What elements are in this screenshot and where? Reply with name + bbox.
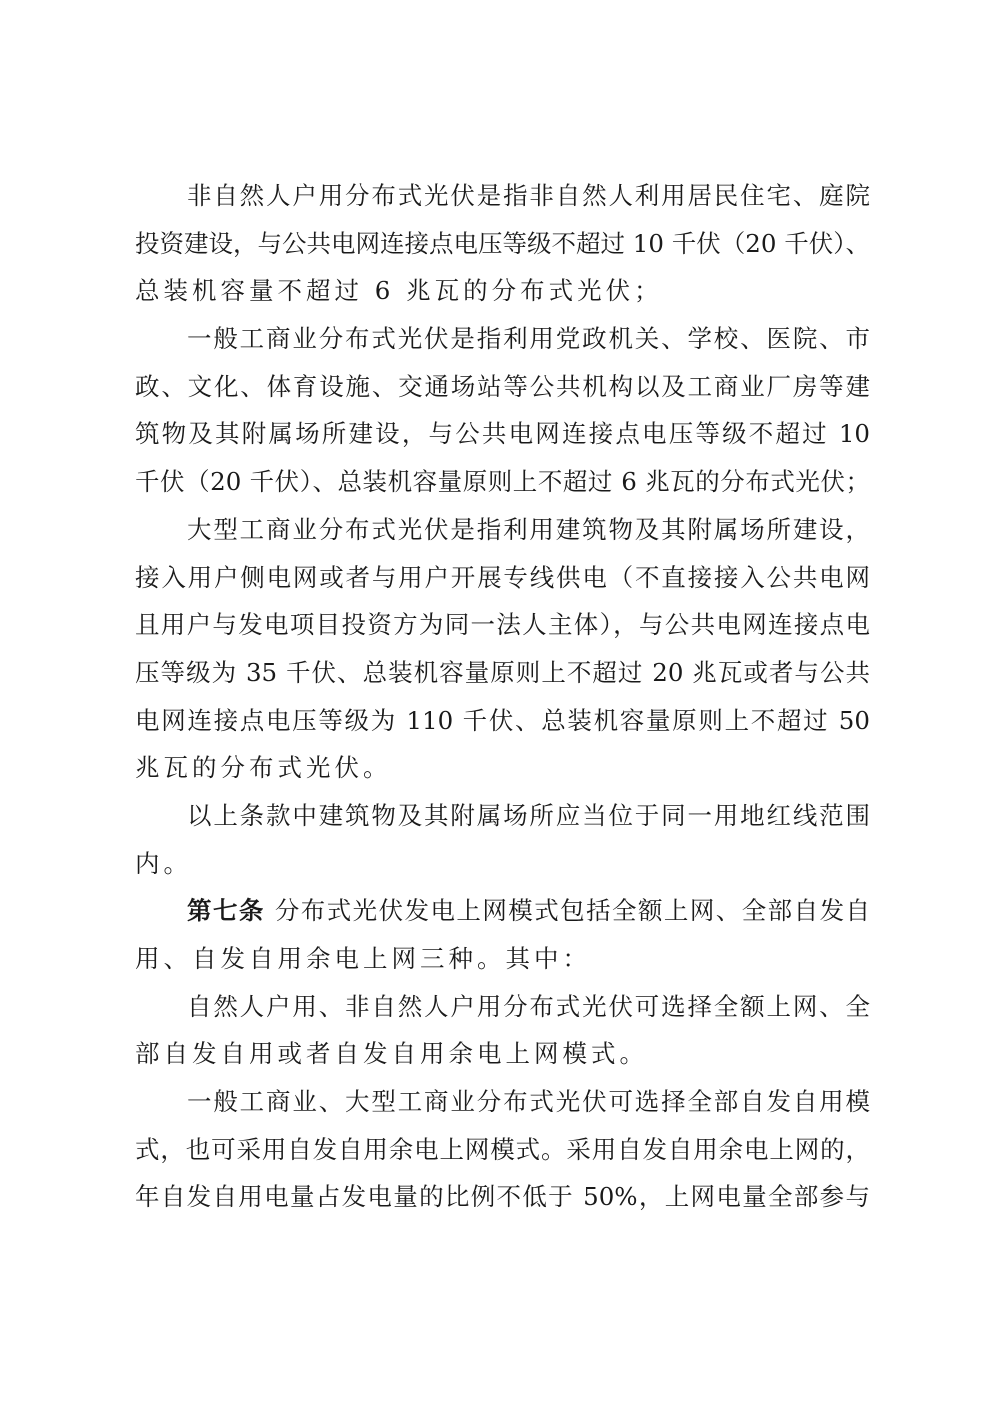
line-text: 自然人户用、非自然人户用分布式光伏可选择全额上网、全: [187, 983, 870, 1031]
line-text: 第七条分布式光伏发电上网模式包括全额上网、全部自发自: [187, 887, 870, 935]
text-line: 用、自发自用余电上网三种。其中：: [135, 935, 870, 983]
paragraph-red-line: 以上条款中建筑物及其附属场所应当位于同一用地红线范围 内。: [135, 792, 870, 887]
line-text: 总装机容量不超过 6 兆瓦的分布式光伏；: [135, 267, 870, 315]
text-line: 接入用户侧电网或者与用户开展专线供电（不直接接入公共电网: [135, 554, 870, 602]
line-text: 式，也可采用自发自用余电上网模式。采用自发自用余电上网的，: [135, 1126, 870, 1174]
line-text: 一般工商业、大型工商业分布式光伏可选择全部自发自用模: [187, 1078, 870, 1126]
paragraph-large-commercial: 大型工商业分布式光伏是指利用建筑物及其附属场所建设， 接入用户侧电网或者与用户开…: [135, 506, 870, 792]
text-line: 第七条分布式光伏发电上网模式包括全额上网、全部自发自: [135, 887, 870, 935]
text-line: 以上条款中建筑物及其附属场所应当位于同一用地红线范围: [135, 792, 870, 840]
line-text: 投资建设，与公共电网连接点电压等级不超过 10 千伏（20 千伏）、: [135, 220, 870, 268]
line-text: 一般工商业分布式光伏是指利用党政机关、学校、医院、市: [187, 315, 870, 363]
text-line: 总装机容量不超过 6 兆瓦的分布式光伏；: [135, 267, 870, 315]
line-text: 压等级为 35 千伏、总装机容量原则上不超过 20 兆瓦或者与公共: [135, 649, 870, 697]
text-line: 式，也可采用自发自用余电上网模式。采用自发自用余电上网的，: [135, 1126, 870, 1174]
paragraph-non-natural-person: 非自然人户用分布式光伏是指非自然人利用居民住宅、庭院 投资建设，与公共电网连接点…: [135, 172, 870, 315]
paragraph-article-7: 第七条分布式光伏发电上网模式包括全额上网、全部自发自 用、自发自用余电上网三种。…: [135, 887, 870, 982]
text-line: 自然人户用、非自然人户用分布式光伏可选择全额上网、全: [135, 983, 870, 1031]
document-page: 非自然人户用分布式光伏是指非自然人利用居民住宅、庭院 投资建设，与公共电网连接点…: [135, 172, 870, 1221]
text-line: 兆瓦的分布式光伏。: [135, 744, 870, 792]
line-text: 且用户与发电项目投资方为同一法人主体），与公共电网连接点电: [135, 601, 870, 649]
paragraph-commercial-modes: 一般工商业、大型工商业分布式光伏可选择全部自发自用模 式，也可采用自发自用余电上…: [135, 1078, 870, 1221]
text-line: 一般工商业、大型工商业分布式光伏可选择全部自发自用模: [135, 1078, 870, 1126]
text-line: 内。: [135, 840, 870, 888]
paragraph-general-commercial: 一般工商业分布式光伏是指利用党政机关、学校、医院、市 政、文化、体育设施、交通场…: [135, 315, 870, 506]
text-line: 非自然人户用分布式光伏是指非自然人利用居民住宅、庭院: [135, 172, 870, 220]
article-heading: 第七条: [187, 896, 265, 925]
line-text: 接入用户侧电网或者与用户开展专线供电（不直接接入公共电网: [135, 554, 870, 602]
line-text: 非自然人户用分布式光伏是指非自然人利用居民住宅、庭院: [187, 172, 870, 220]
line-text: 兆瓦的分布式光伏。: [135, 744, 870, 792]
line-text: 电网连接点电压等级为 110 千伏、总装机容量原则上不超过 50: [135, 697, 870, 745]
line-text: 用、自发自用余电上网三种。其中：: [135, 935, 870, 983]
text-line: 年自发自用电量占发电量的比例不低于 50%，上网电量全部参与: [135, 1173, 870, 1221]
text-line: 大型工商业分布式光伏是指利用建筑物及其附属场所建设，: [135, 506, 870, 554]
text-line: 部自发自用或者自发自用余电上网模式。: [135, 1030, 870, 1078]
text-line: 千伏（20 千伏）、总装机容量原则上不超过 6 兆瓦的分布式光伏；: [135, 458, 870, 506]
line-text: 大型工商业分布式光伏是指利用建筑物及其附属场所建设，: [187, 506, 870, 554]
text-line: 投资建设，与公共电网连接点电压等级不超过 10 千伏（20 千伏）、: [135, 220, 870, 268]
line-text: 筑物及其附属场所建设，与公共电网连接点电压等级不超过 10: [135, 410, 870, 458]
line-text: 年自发自用电量占发电量的比例不低于 50%，上网电量全部参与: [135, 1173, 870, 1221]
text-line: 政、文化、体育设施、交通场站等公共机构以及工商业厂房等建: [135, 363, 870, 411]
line-text: 政、文化、体育设施、交通场站等公共机构以及工商业厂房等建: [135, 363, 870, 411]
line-text: 内。: [135, 840, 870, 888]
text-line: 电网连接点电压等级为 110 千伏、总装机容量原则上不超过 50: [135, 697, 870, 745]
line-text: 部自发自用或者自发自用余电上网模式。: [135, 1030, 870, 1078]
line-text: 以上条款中建筑物及其附属场所应当位于同一用地红线范围: [187, 792, 870, 840]
text-line: 且用户与发电项目投资方为同一法人主体），与公共电网连接点电: [135, 601, 870, 649]
paragraph-residential-modes: 自然人户用、非自然人户用分布式光伏可选择全额上网、全 部自发自用或者自发自用余电…: [135, 983, 870, 1078]
text-line: 压等级为 35 千伏、总装机容量原则上不超过 20 兆瓦或者与公共: [135, 649, 870, 697]
text-line: 筑物及其附属场所建设，与公共电网连接点电压等级不超过 10: [135, 410, 870, 458]
article-body: 分布式光伏发电上网模式包括全额上网、全部自发自: [275, 896, 870, 925]
line-text: 千伏（20 千伏）、总装机容量原则上不超过 6 兆瓦的分布式光伏；: [135, 458, 870, 506]
text-line: 一般工商业分布式光伏是指利用党政机关、学校、医院、市: [135, 315, 870, 363]
